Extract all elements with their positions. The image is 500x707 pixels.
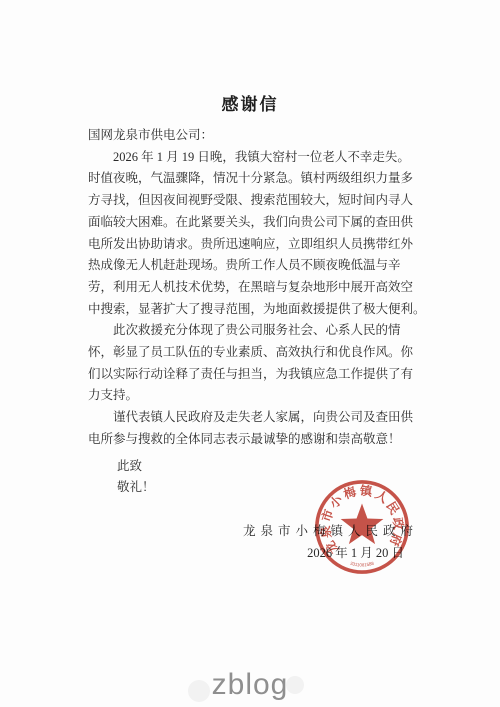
watermark-label: zblog bbox=[0, 668, 500, 702]
body-line: 面临较大困难。在此紧要关头，我们向贵公司下属的查田供 bbox=[88, 212, 418, 234]
seal-star-icon bbox=[341, 504, 384, 545]
salutation: 国网龙泉市供电公司： bbox=[88, 125, 418, 147]
government-seal: 龙泉市小梅镇人民政府 3311081588 bbox=[314, 479, 410, 575]
body-line: 力支持。 bbox=[88, 385, 418, 407]
body-line: 们以实际行动诠释了责任与担当，为我镇应急工作提供了有 bbox=[88, 364, 418, 386]
body-line: 中搜索，显著扩大了搜寻范围，为地面救援提供了极大便利。 bbox=[88, 299, 418, 321]
svg-text:3311081588: 3311081588 bbox=[350, 561, 375, 568]
body-line: 此次救援充分体现了贵公司服务社会、心系人民的情 bbox=[88, 320, 418, 342]
page-title: 感谢信 bbox=[0, 90, 500, 115]
body-line: 热成像无人机赶赴现场。贵所工作人员不顾夜晚低温与辛 bbox=[88, 255, 418, 277]
body-line: 电所参与搜救的全体同志表示最诚挚的感谢和崇高敬意！ bbox=[88, 429, 418, 451]
letter-page: 感谢信 国网龙泉市供电公司： 2026 年 1 月 19 日晚，我镇大窑村一位老… bbox=[0, 0, 500, 707]
body-line: 谨代表镇人民政府及走失老人家属，向贵公司及查田供 bbox=[88, 407, 418, 429]
seal-serial-number: 3311081588 bbox=[350, 561, 375, 568]
body-line: 怀，彰显了员工队伍的专业素质、高效执行和优良作风。你 bbox=[88, 342, 418, 364]
closing-cizhi: 此致 bbox=[88, 456, 418, 478]
body-line: 电所发出协助请求。贵所迅速响应，立即组织人员携带红外 bbox=[88, 234, 418, 256]
body-line: 劳，利用无人机技术优势，在黑暗与复杂地形中展开高效空 bbox=[88, 277, 418, 299]
body-line: 2026 年 1 月 19 日晚，我镇大窑村一位老人不幸走失。 bbox=[88, 147, 418, 169]
body-line: 方寻找，但因夜间视野受限、搜索范围较大，短时间内寻人 bbox=[88, 190, 418, 212]
seal-graphic: 龙泉市小梅镇人民政府 3311081588 bbox=[314, 479, 410, 575]
body-line: 时值夜晚，气温骤降，情况十分紧急。镇村两级组织力量多 bbox=[88, 168, 418, 190]
